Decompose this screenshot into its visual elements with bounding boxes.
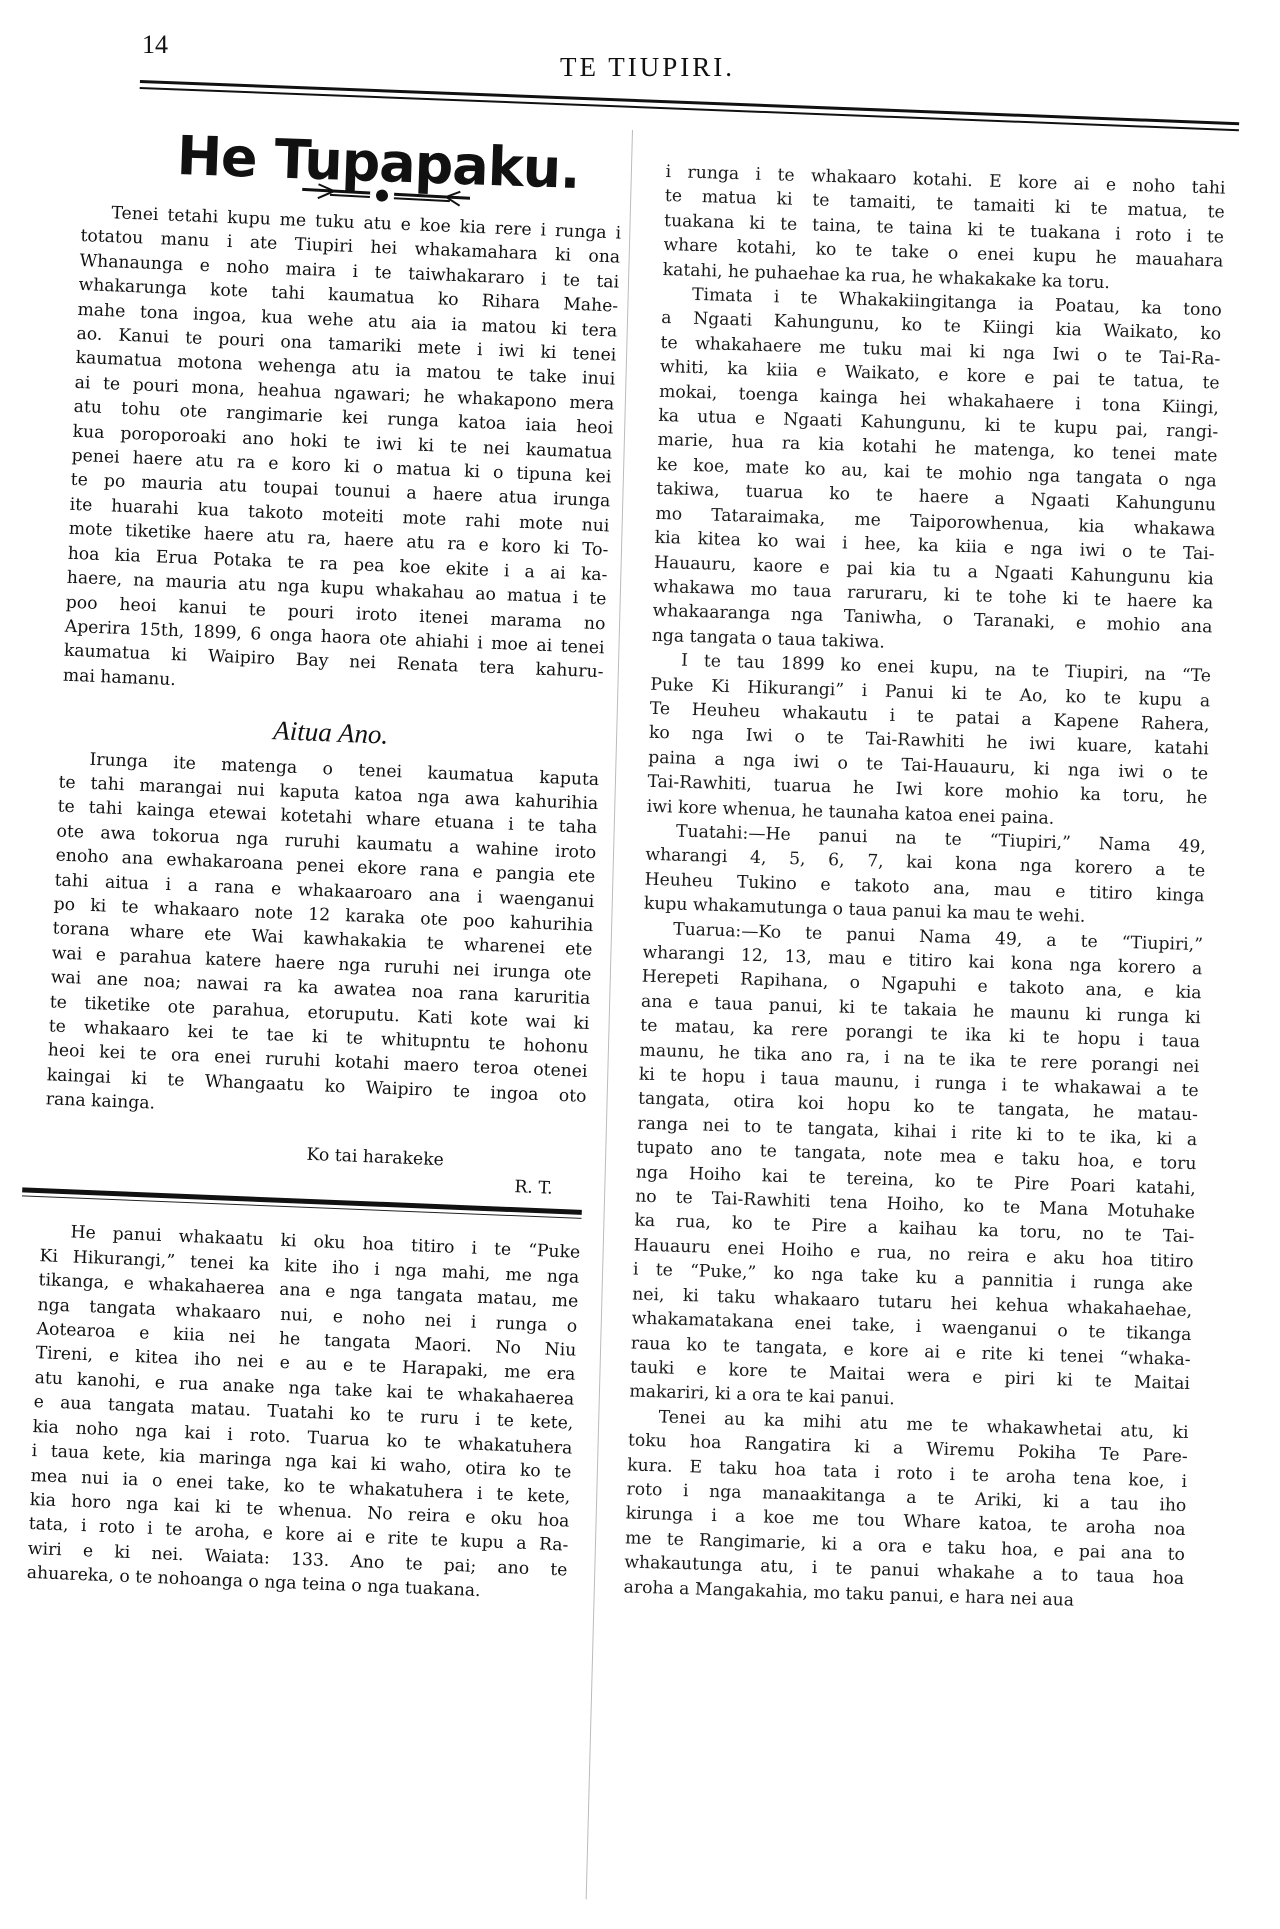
paragraph: I te tau 1899 ko enei kupu, na te Tiupir…: [646, 648, 1211, 835]
right-column: i runga i te whakaaro kotahi. E kore ai …: [623, 160, 1225, 1616]
masthead-title: TE TIUPIRI.: [560, 52, 735, 83]
paragraph: Tuarua:—Ko te panui Nama 49, a te “Tiupi…: [629, 916, 1203, 1421]
article-panui-body: He panui whakaatu ki oku hoa titiro i te…: [26, 1220, 580, 1607]
article-aitua-body: Irunga ite matenga o tenei kaumatua kapu…: [45, 746, 599, 1133]
paragraph: Tenei au ka mihi atu me te whakawhetai a…: [623, 1404, 1189, 1616]
paragraph: i runga i te whakaaro kotahi. E kore ai …: [662, 160, 1225, 299]
paragraph: Timata i te Whakakiingitanga ia Poatau, …: [652, 282, 1223, 665]
header-double-rule: [140, 80, 1239, 125]
page-number: 14: [142, 30, 168, 60]
article-obituary-body: Tenei tetahi kupu me tuku atu e koe kia …: [62, 200, 621, 709]
paragraph: Tuatahi:—He panui na te “Tiupiri,” Nama …: [644, 819, 1207, 933]
left-column: Tenei tetahi kupu me tuku atu e koe kia …: [26, 200, 621, 1607]
